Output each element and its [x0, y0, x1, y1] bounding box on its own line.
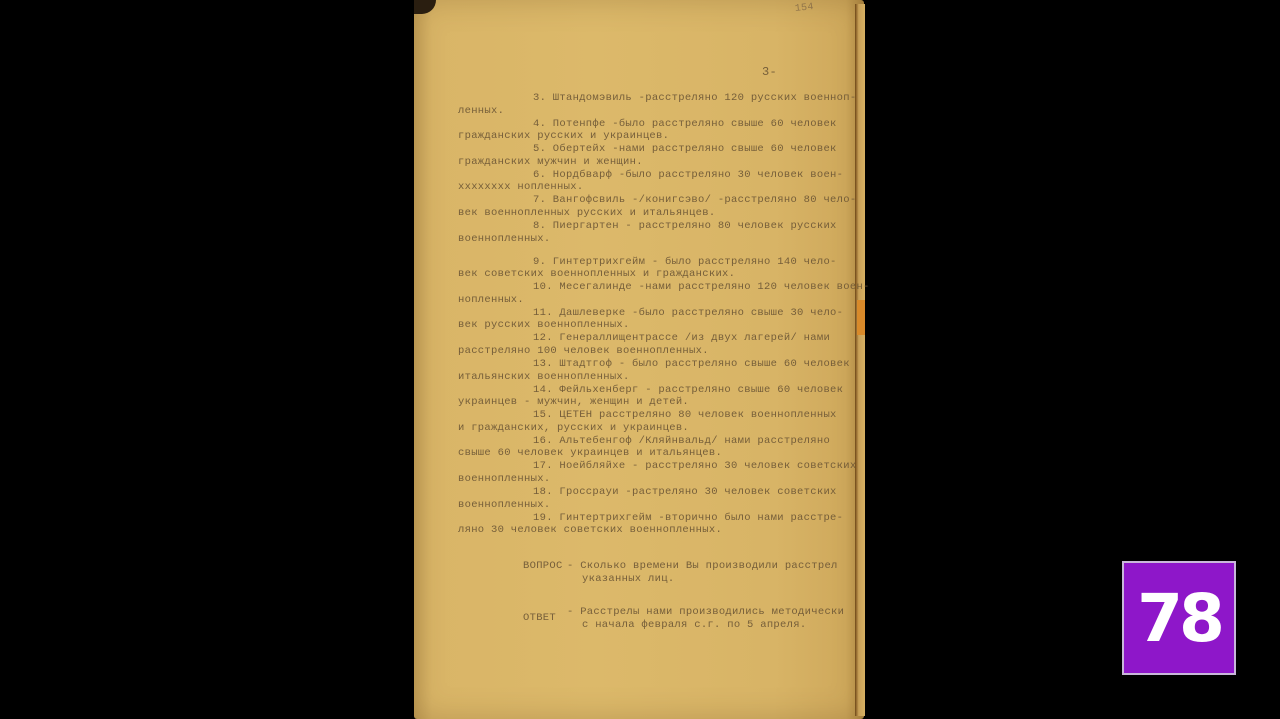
- list-item-continuation-line: век русских военнопленных.: [458, 319, 630, 331]
- list-item-heading-line: 18. Гроссрауи -растреляно 30 человек сов…: [533, 486, 837, 498]
- list-item-heading-line: 10. Месегалинде -нами расстреляно 120 че…: [533, 281, 870, 293]
- list-item-heading-line: 9. Гинтертрихгейм - было расстреляно 140…: [533, 256, 837, 268]
- list-item-heading-line: 6. Нордбварф -было расстреляно 30 челове…: [533, 169, 843, 181]
- list-item-heading-line: 11. Дашлеверке -было расстреляно свыше 3…: [533, 307, 843, 319]
- list-item-continuation-line: xxxxxxxx нопленных.: [458, 181, 583, 193]
- question-line-1: - Сколько времени Вы производили расстре…: [567, 560, 838, 572]
- list-item-heading-line: 17. Ноейбляйхе - расстреляно 30 человек …: [533, 460, 856, 472]
- list-item-continuation-line: гражданских русских и украинцев.: [458, 130, 669, 142]
- list-item-continuation-line: военнопленных.: [458, 233, 550, 245]
- channel-78-logo: 78: [1122, 561, 1236, 675]
- question-line-2: указанных лиц.: [582, 573, 674, 585]
- list-item-heading-line: 19. Гинтертрихгейм -вторично было нами р…: [533, 512, 843, 524]
- list-item-continuation-line: итальянских военнопленных.: [458, 371, 630, 383]
- stacked-page-edges: [855, 4, 865, 716]
- archive-number: 154: [794, 2, 814, 16]
- list-item-continuation-line: ляно 30 человек советских военнопленных.: [458, 524, 722, 536]
- list-item-heading-line: 5. Обертейх -нами расстреляно свыше 60 ч…: [533, 143, 837, 155]
- list-item-continuation-line: гражданских мужчин и женщин.: [458, 156, 643, 168]
- list-item-continuation-line: ленных.: [458, 105, 504, 117]
- list-item-heading-line: 14. Фейльхенберг - расстреляно свыше 60 …: [533, 384, 843, 396]
- list-item-heading-line: 13. Штадтгоф - было расстреляно свыше 60…: [533, 358, 850, 370]
- list-item-continuation-line: военнопленных.: [458, 499, 550, 511]
- list-item-heading-line: 15. ЦЕТЕН расстреляно 80 человек военноп…: [533, 409, 837, 421]
- list-item-heading-line: 3. Штандомэвиль -расстреляно 120 русских…: [533, 92, 856, 104]
- list-item-continuation-line: и гражданских, русских и украинцев.: [458, 422, 689, 434]
- list-item-heading-line: 4. Потенпфе -было расстреляно свыше 60 ч…: [533, 118, 837, 130]
- list-item-heading-line: 16. Альтебенгоф /Кляйнвальд/ нами расстр…: [533, 435, 830, 447]
- list-item-heading-line: 7. Вангофсвиль -/конигсэво/ -расстреляно…: [533, 194, 856, 206]
- channel-logo-text: 78: [1137, 580, 1221, 657]
- page-number: 3-: [762, 66, 777, 78]
- list-item-continuation-line: век советских военнопленных и граждански…: [458, 268, 735, 280]
- list-item-continuation-line: нопленных.: [458, 294, 524, 306]
- answer-line-2: с начала февраля с.г. по 5 апреля.: [582, 619, 806, 631]
- list-item-heading-line: 12. Генераллищентрассе /из двух лагерей/…: [533, 332, 830, 344]
- list-item-continuation-line: военнопленных.: [458, 473, 550, 485]
- orange-tab-marker: [857, 300, 865, 335]
- list-item-continuation-line: расстреляно 100 человек военнопленных.: [458, 345, 709, 357]
- answer-line-1: - Расстрелы нами производились методичес…: [567, 606, 844, 618]
- question-label: ВОПРОС: [523, 560, 563, 572]
- answer-label: ОТВЕТ: [523, 612, 556, 624]
- list-item-continuation-line: свыше 60 человек украинцев и итальянцев.: [458, 447, 722, 459]
- list-item-heading-line: 8. Пиергартен - расстреляно 80 человек р…: [533, 220, 837, 232]
- list-item-continuation-line: украинцев - мужчин, женщин и детей.: [458, 396, 689, 408]
- list-item-continuation-line: век военнопленных русских и итальянцев.: [458, 207, 715, 219]
